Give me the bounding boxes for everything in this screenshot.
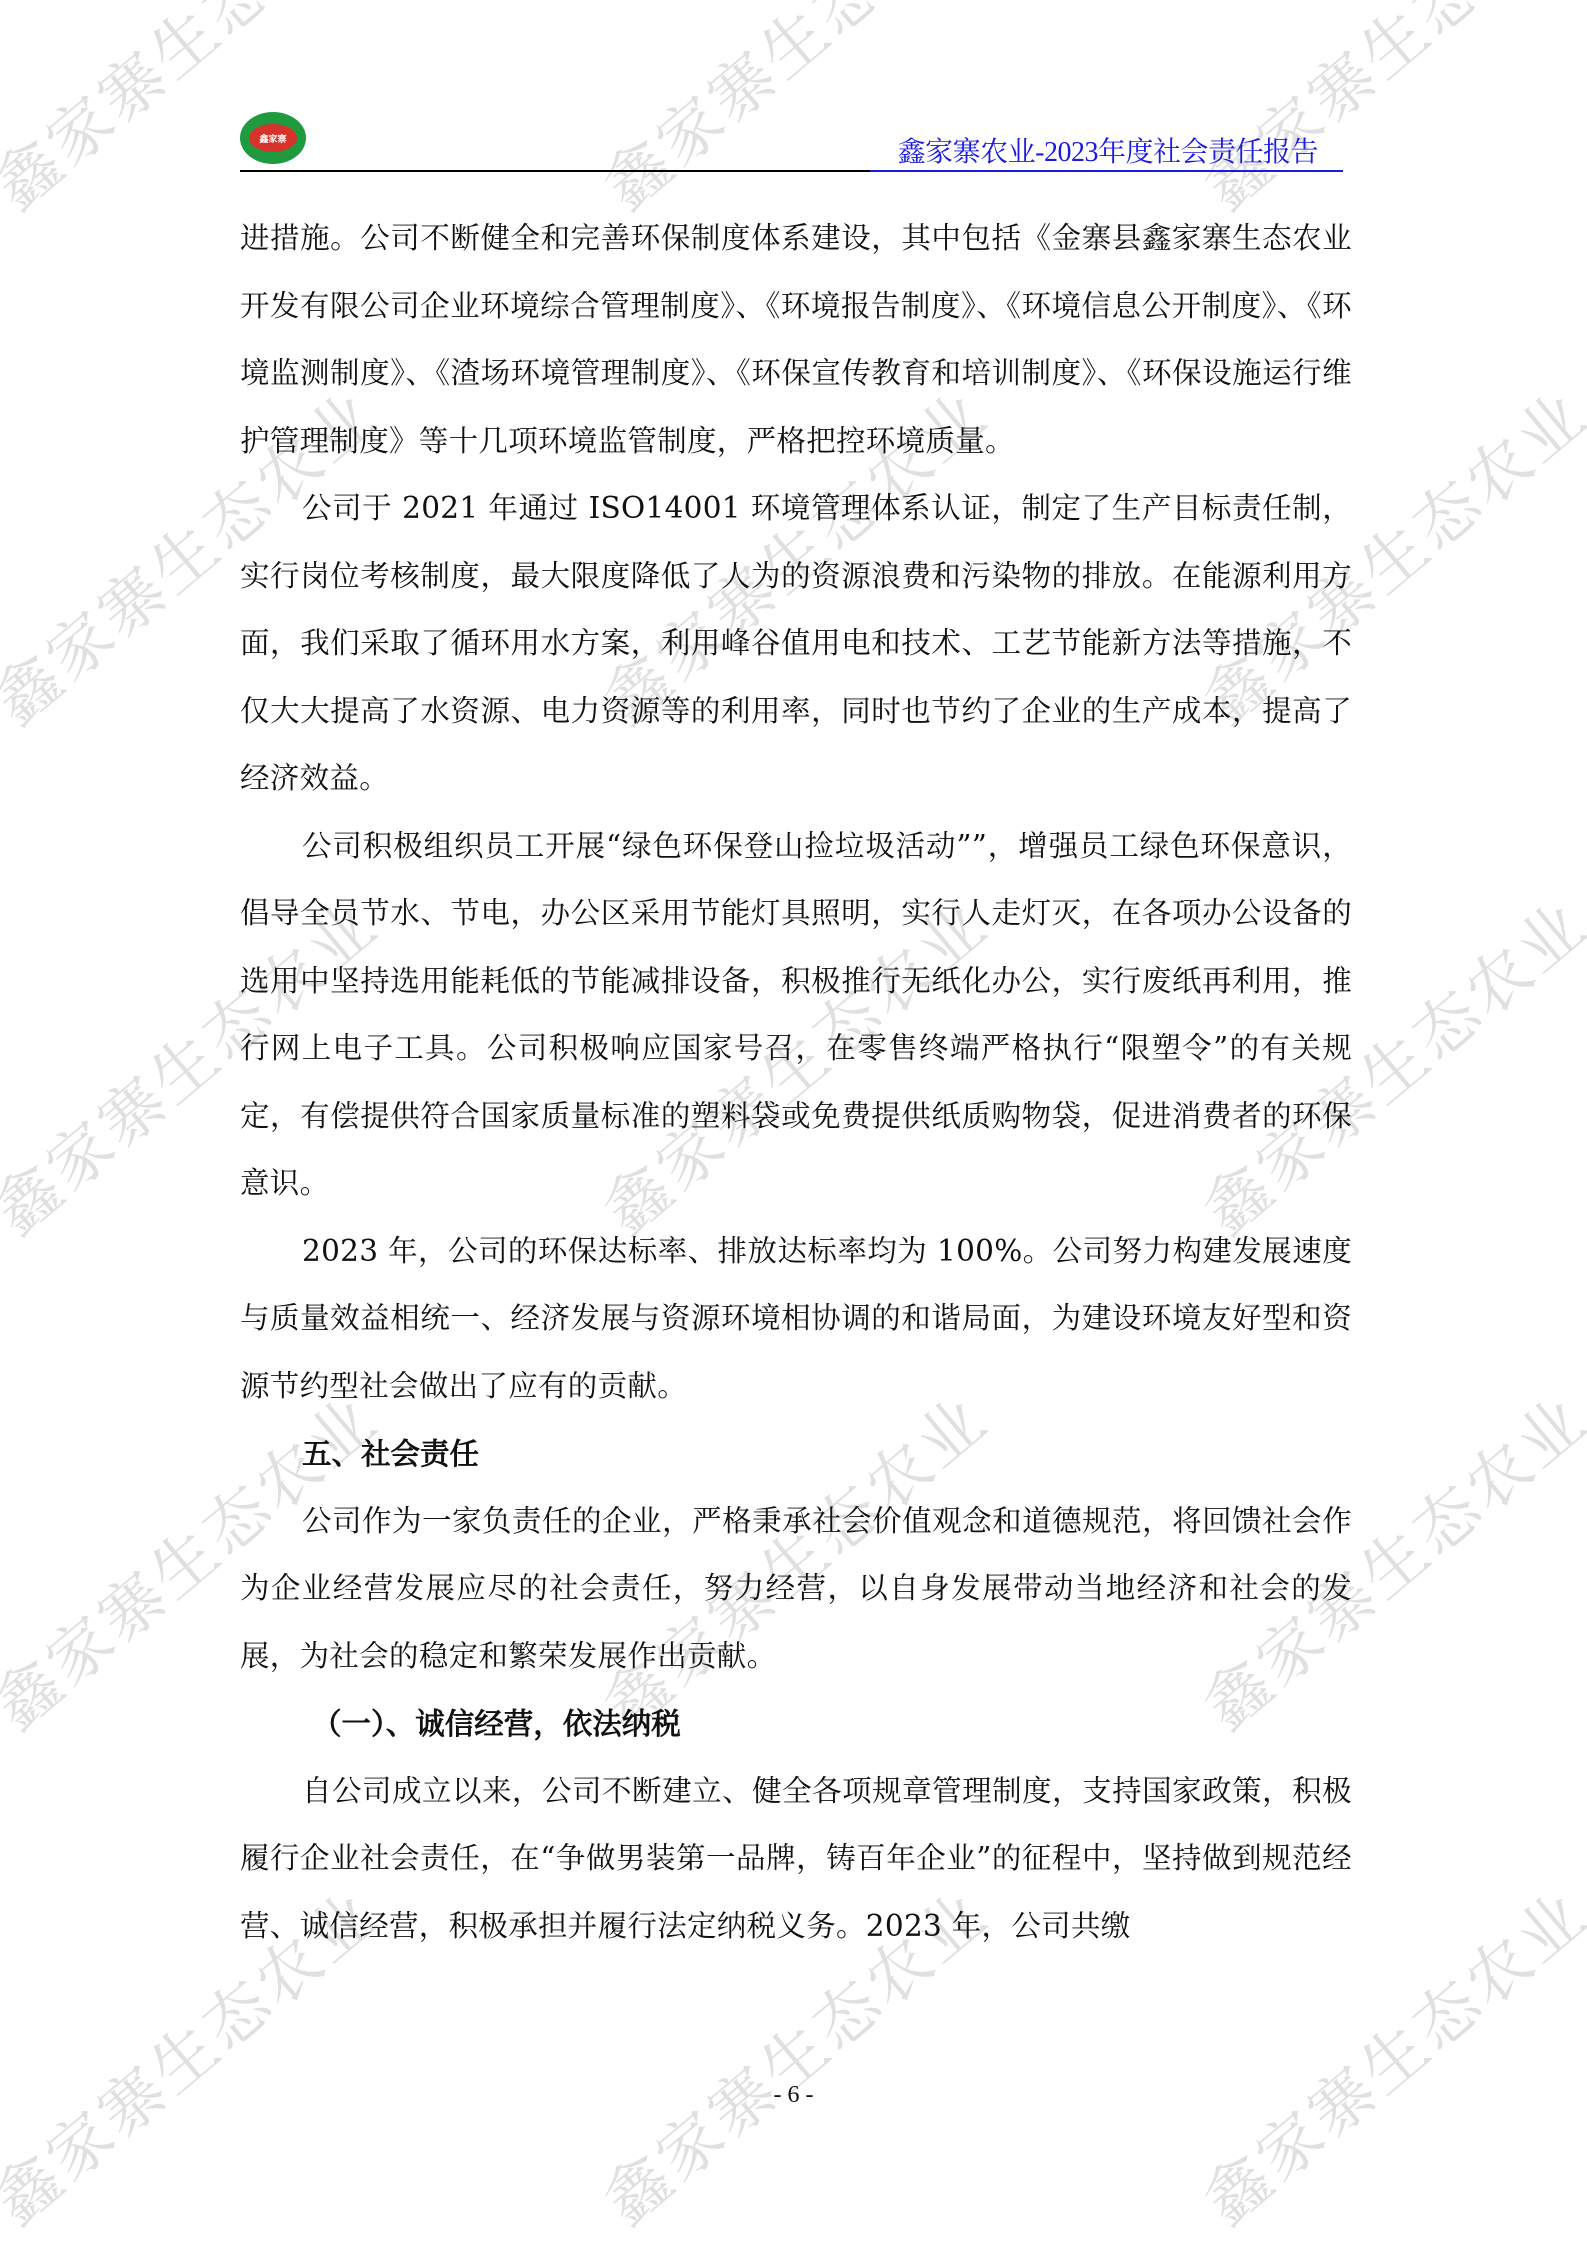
paragraph-iso-certification: 公司于 2021 年通过 ISO14001 环境管理体系认证，制定了生产目标责任… bbox=[240, 475, 1352, 813]
title-underline bbox=[870, 170, 1343, 172]
paragraph-tax-compliance: 自公司成立以来，公司不断建立、健全各项规章管理制度，支持国家政策，积极履行企业社… bbox=[240, 1758, 1352, 1961]
section-heading: 五、社会责任 bbox=[240, 1420, 1352, 1488]
paragraph-social-responsibility: 公司作为一家负责任的企业，严格秉承社会价值观念和道德规范，将回馈社会作为企业经营… bbox=[240, 1488, 1352, 1691]
company-logo-icon: 鑫家寨 bbox=[240, 112, 306, 164]
page-number: - 6 - bbox=[0, 2082, 1587, 2109]
report-title: 鑫家寨农业-2023年度社会责任报告 bbox=[898, 130, 1318, 170]
page-header: 鑫家寨 鑫家寨农业-2023年度社会责任报告 bbox=[240, 108, 1343, 172]
document-body: 进措施。公司不断健全和完善环保制度体系建设，其中包括《金寨县鑫家寨生态农业开发有… bbox=[240, 205, 1352, 1960]
paragraph-green-activities: 公司积极组织员工开展“绿色环保登山捡垃圾活动””，增强员工绿色环保意识，倡导全员… bbox=[240, 813, 1352, 1218]
header-divider bbox=[240, 170, 870, 172]
subsection-heading: （一）、诚信经营，依法纳税 bbox=[240, 1690, 1352, 1758]
logo-text: 鑫家寨 bbox=[249, 124, 297, 152]
paragraph-env-policies: 进措施。公司不断健全和完善环保制度体系建设，其中包括《金寨县鑫家寨生态农业开发有… bbox=[240, 205, 1352, 475]
paragraph-compliance-rate: 2023 年，公司的环保达标率、排放达标率均为 100%。公司努力构建发展速度与… bbox=[240, 1218, 1352, 1421]
